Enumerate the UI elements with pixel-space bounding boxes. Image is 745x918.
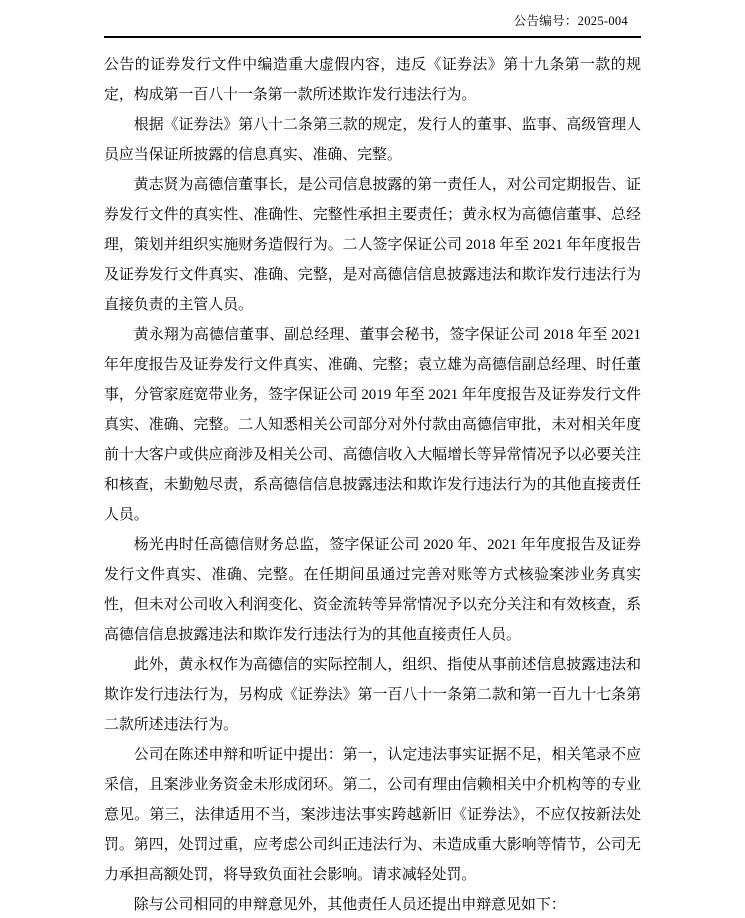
announcement-number: 公告编号：2025-004	[104, 14, 641, 29]
header-divider	[104, 36, 641, 38]
paragraph-yangguangran: 杨光冉时任高德信财务总监，签字保证公司 2020 年、2021 年年度报告及证券…	[104, 530, 641, 650]
page-header: 公告编号：2025-004	[104, 0, 641, 38]
paragraph-actual-controller: 此外，黄永权作为高德信的实际控制人，组织、指使从事前述信息披露违法和欺诈发行违法…	[104, 650, 641, 740]
paragraph-huangzhixian-huangyongquan: 黄志贤为高德信董事长，是公司信息披露的第一责任人，对公司定期报告、证券发行文件的…	[104, 170, 641, 320]
paragraph-huangyongxiang-yuanlixiong: 黄永翔为高德信董事、副总经理、董事会秘书，签字保证公司 2018 年至 2021…	[104, 320, 641, 530]
paragraph-fraud-issuance-conclusion: 公告的证券发行文件中编造重大虚假内容，违反《证券法》第十九条第一款的规定，构成第…	[104, 50, 641, 110]
document-body: 公告的证券发行文件中编造重大虚假内容，违反《证券法》第十九条第一款的规定，构成第…	[104, 50, 641, 918]
paragraph-securities-law-article-82: 根据《证券法》第八十二条第三款的规定，发行人的董事、监事、高级管理人员应当保证所…	[104, 110, 641, 170]
document-page: 公告编号：2025-004 公告的证券发行文件中编造重大虚假内容，违反《证券法》…	[0, 0, 745, 918]
paragraph-other-defense-intro: 除与公司相同的申辩意见外，其他责任人员还提出申辩意见如下：	[104, 890, 641, 918]
paragraph-company-defense: 公司在陈述申辩和听证中提出：第一，认定违法事实证据不足，相关笔录不应采信，且案涉…	[104, 740, 641, 890]
